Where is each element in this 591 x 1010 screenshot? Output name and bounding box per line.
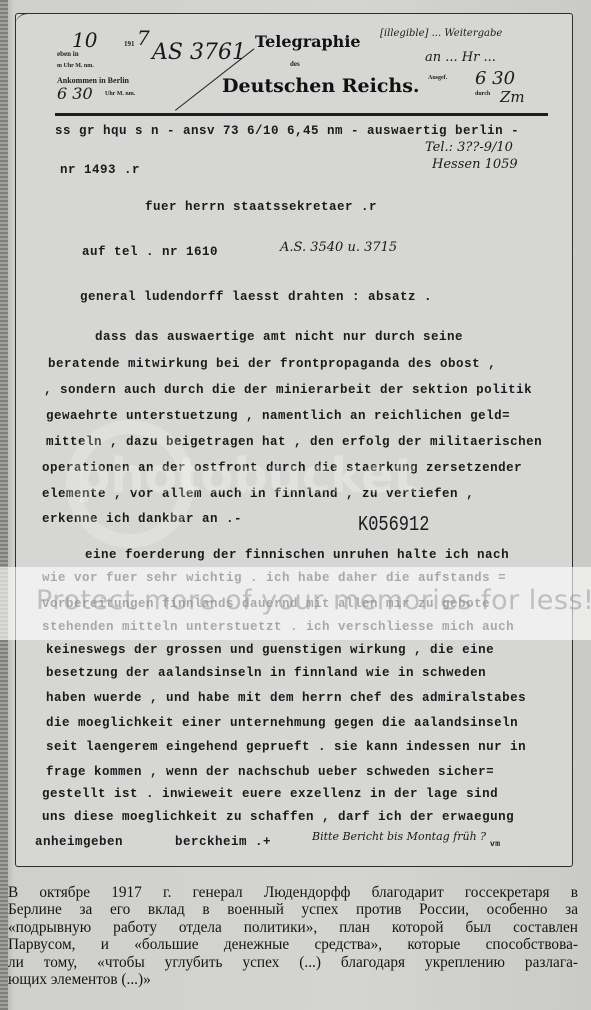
header-divider-rule (55, 113, 548, 116)
margin-note-number: Hessen 1059 (432, 157, 518, 172)
caption-line-5: ли тому, «чтобы углубить успех (...) бла… (8, 954, 578, 971)
label-time-row-2: Uhr M. nm. (105, 91, 135, 97)
handwritten-right-line: an ... Hr ... (425, 50, 496, 65)
reference-line: auf tel . nr 1610 (82, 245, 218, 259)
body-line-2: beratende mitwirkung bei der frontpropag… (48, 357, 496, 371)
handwritten-day: 10 (72, 28, 97, 52)
archive-stamp: K056912 (358, 514, 429, 538)
intro-line: general ludendorff laesst drahten : absa… (80, 290, 432, 304)
body-line-13: keineswegs der grossen und guenstigen wi… (46, 643, 494, 657)
body-line-14: besetzung der aalandsinseln in finnland … (46, 666, 486, 680)
addressee-line: fuer herrn staatssekretaer .r (145, 200, 377, 214)
label-durch: durch (475, 91, 490, 97)
handwritten-year-digit: 7 (137, 26, 150, 50)
handwritten-sent-time: 6 30 (475, 68, 515, 89)
caption-line-2: Берлине за его вклад в военный успех про… (8, 901, 578, 918)
watermark-banner-text: Protect more of your memories for less! (36, 585, 591, 616)
body-line-1: dass das auswaertige amt nicht nur durch… (95, 330, 463, 344)
form-title-telegraphie: Telegraphie (255, 32, 361, 51)
printed-year: 191 (124, 40, 135, 48)
label-time-row: m Uhr M. nm. (57, 63, 94, 69)
signature-typed: berckheim .+ (175, 835, 271, 849)
handwritten-top-right-notes: [illegible] ... Weitergabe (380, 28, 502, 39)
body-line-9: eine foerderung der finnischen unruhen h… (85, 548, 509, 562)
label-aufgenommen: eben in (57, 50, 79, 58)
caption-line-1: В октябре 1917 г. генерал Людендорфф бла… (8, 884, 578, 901)
handwritten-initials: Zm (500, 88, 525, 106)
signature-suffix: vm (490, 840, 501, 849)
body-line-16: die moeglichkeit einer unternehmung gege… (46, 716, 518, 730)
handwritten-reference-number: AS 3761 (152, 40, 246, 65)
handwritten-arrival-time: 6 30 (57, 84, 93, 103)
caption-line-3: «подрывную работу отдела политики», план… (8, 919, 578, 936)
book-spine-edge (0, 0, 8, 1010)
body-line-19: gestellt ist . inwieweit euere exzellenz… (42, 787, 498, 801)
body-line-3: , sondern auch durch die der minierarbei… (44, 383, 532, 397)
body-line-15: haben wuerde , und habe mit dem herrn ch… (46, 691, 526, 705)
message-number: nr 1493 .r (60, 163, 140, 177)
book-caption: В октябре 1917 г. генерал Людендорфф бла… (8, 884, 578, 988)
caption-line-6: ющих элементов (...)» (8, 971, 578, 988)
reference-handwritten: A.S. 3540 u. 3715 (280, 240, 397, 255)
routing-line: ss gr hqu s n - ansv 73 6/10 6,45 nm - a… (55, 124, 519, 138)
form-title-des: des (290, 60, 300, 68)
body-line-20: uns diese moeglichkeit zu schaffen , dar… (42, 810, 514, 824)
signature-handwritten-note: Bitte Bericht bis Montag früh ? (312, 830, 486, 843)
caption-line-4: Парвусом, и «большие денежные средства»,… (8, 936, 578, 953)
body-line-21: anheimgeben (35, 835, 123, 849)
form-corner-curve (15, 13, 155, 26)
body-line-17: seit laengerem eingehend geprueft . sie … (46, 740, 526, 754)
form-title-deutschen-reichs: Deutschen Reichs. (222, 75, 420, 97)
photobucket-logo-text: photobucket (76, 448, 417, 504)
label-ausgefertigt: Ausgef. (428, 75, 447, 81)
body-line-18: frage kommen , wenn der nachschub ueber … (46, 765, 494, 779)
margin-note-tel: Tel.: 3??-9/10 (425, 140, 513, 155)
